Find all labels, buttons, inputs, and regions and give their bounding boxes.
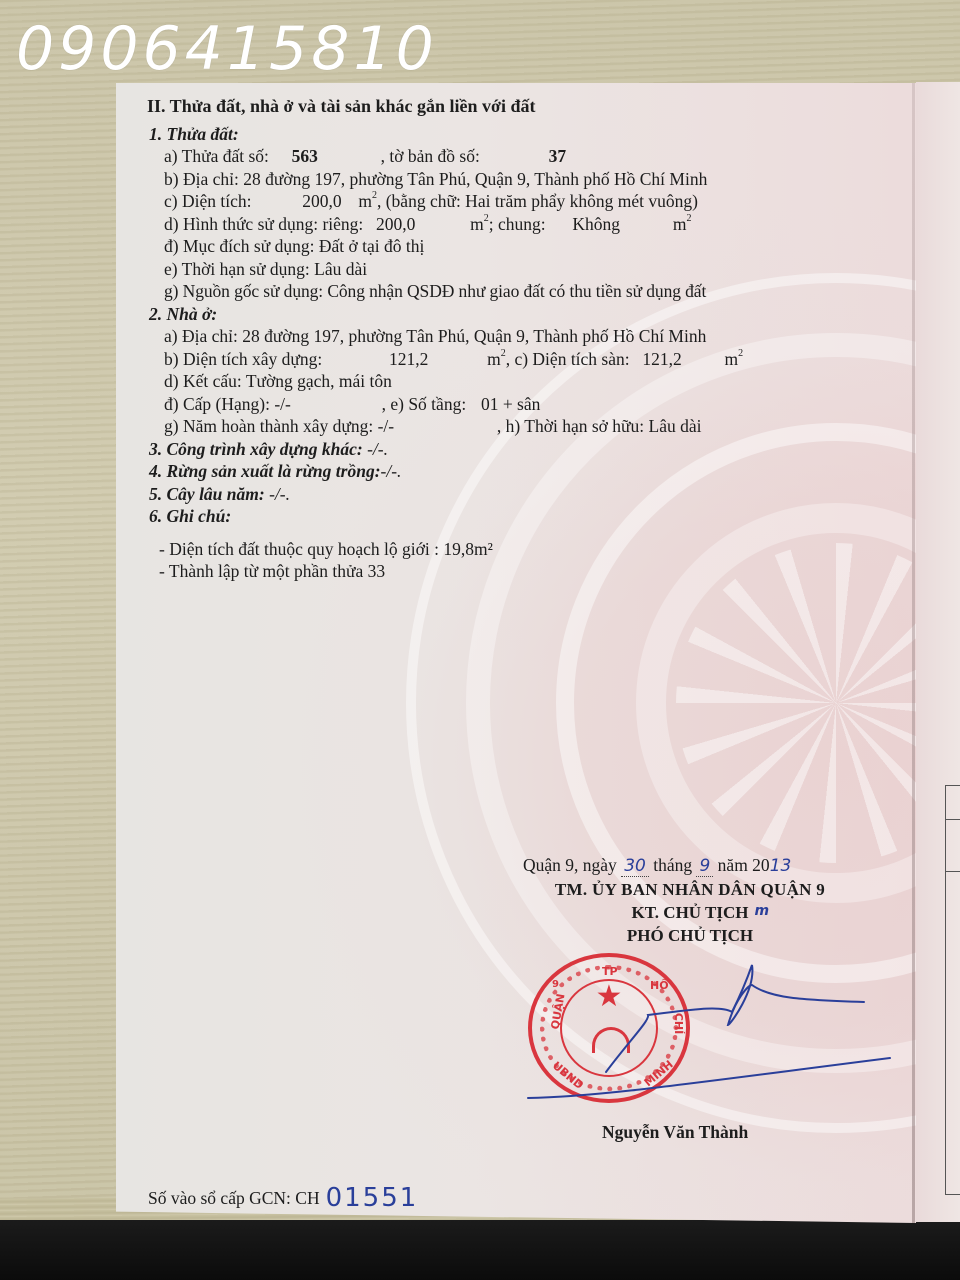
page-fold (912, 83, 915, 1223)
drum-star-pattern (676, 543, 916, 863)
house-heading: 2. Nhà ở: (147, 303, 787, 326)
house-address: 28 đường 197, phường Tân Phú, Quận 9, Th… (242, 326, 706, 346)
purpose-row: đ) Mục đích sử dụng: Đất ở tại đô thị (147, 235, 787, 258)
official-red-seal: ★ TP HỒ QUẬN CHÍ UBND MINH 9 (528, 953, 690, 1103)
completion-label: g) Năm hoàn thành xây dựng: (164, 416, 373, 436)
land-area-value: 200,0 (302, 191, 341, 211)
other-works-row: 3. Công trình xây dựng khác: -/-. (147, 438, 787, 461)
floor-area-label: , c) Diện tích sàn: (506, 349, 630, 369)
unit-m: m (487, 349, 501, 369)
term-row: e) Thời hạn sử dụng: Lâu dài (147, 258, 787, 281)
notes-heading: 6. Ghi chú: (147, 505, 787, 528)
handwritten-initial: m (754, 903, 769, 919)
sign-role: PHÓ CHỦ TỊCH (520, 926, 860, 946)
sign-day: 30 (621, 856, 649, 877)
usage-private-value: 200,0 (376, 214, 415, 234)
right-page-table-border (945, 785, 960, 1195)
other-works-label: 3. Công trình xây dựng khác: (149, 439, 363, 459)
sign-for-chair: KT. CHỦ TỊCHm (520, 903, 860, 923)
usage-shared-label: ; chung: (489, 214, 546, 234)
sign-organization: TM. ỦY BAN NHÂN DÂN QUẬN 9 (520, 880, 860, 900)
parcel-number: 563 (292, 146, 318, 166)
land-area-unit: m (358, 191, 372, 211)
registry-label: Số vào sổ cấp GCN: CH (148, 1188, 320, 1208)
house-address-row: a) Địa chỉ: 28 đường 197, phường Tân Phú… (147, 325, 787, 348)
build-area-label: b) Diện tích xây dựng: (164, 349, 322, 369)
structure-value: Tường gạch, mái tôn (246, 371, 392, 391)
unit-m: m (470, 214, 484, 234)
note-item: - Thành lập từ một phần thửa 33 (159, 560, 787, 582)
signature-block: Quận 9, ngày 30 tháng 9 năm 2013 TM. ỦY … (520, 855, 860, 946)
usage-form-label: d) Hình thức sử dụng: riêng: (164, 214, 363, 234)
usage-shared-value: Không (572, 214, 620, 234)
forest-value: -/-. (381, 461, 402, 481)
unit-m: m (673, 214, 687, 234)
purpose-value: Đất ở tại đô thị (319, 236, 425, 256)
ownership-term-value: Lâu dài (649, 416, 702, 436)
structure-row: d) Kết cấu: Tường gạch, mái tôn (147, 370, 787, 393)
certificate-content: II. Thửa đất, nhà ở và tài sản khác gắn … (147, 95, 787, 582)
land-address: 28 đường 197, phường Tân Phú, Quận 9, Th… (243, 169, 707, 189)
sign-date: Quận 9, ngày 30 tháng 9 năm 2013 (520, 855, 860, 876)
origin-row: g) Nguồn gốc sử dụng: Công nhận QSDĐ như… (147, 280, 787, 303)
seal-text: HỒ (650, 979, 669, 992)
signer-name: Nguyễn Văn Thành (602, 1122, 748, 1143)
land-address-label: b) Địa chỉ: (164, 169, 239, 189)
map-sheet-number: 37 (549, 146, 567, 166)
term-value: Lâu dài (314, 259, 367, 279)
usage-form-row: d) Hình thức sử dụng: riêng: 200,0 m2; c… (147, 213, 787, 236)
squared-mark: 2 (738, 348, 743, 359)
sign-year-suffix: 13 (770, 856, 792, 876)
dark-background (0, 1220, 960, 1280)
grade-value: -/- (274, 394, 291, 414)
map-sheet-label: , tờ bản đồ số: (381, 146, 480, 166)
year-label: năm 20 (718, 855, 770, 875)
sign-place: Quận 9, ngày (523, 855, 617, 875)
build-area-value: 121,2 (389, 349, 428, 369)
land-area-label: c) Diện tích: (164, 191, 251, 211)
seal-text: CHÍ (672, 1013, 685, 1034)
floor-area-value: 121,2 (642, 349, 681, 369)
registry-handwritten-number: 01551 (326, 1183, 419, 1213)
completion-value: -/- (378, 416, 395, 436)
origin-label: g) Nguồn gốc sử dụng: (164, 281, 323, 301)
house-area-row: b) Diện tích xây dựng: 121,2 m2, c) Diện… (147, 348, 787, 371)
note-item: - Diện tích đất thuộc quy hoạch lộ giới … (159, 538, 787, 560)
grade-floors-row: đ) Cấp (Hạng): -/- , e) Số tầng: 01 + sâ… (147, 393, 787, 416)
ownership-term-label: , h) Thời hạn sở hữu: (497, 416, 644, 436)
month-label: tháng (653, 855, 692, 875)
grade-label: đ) Cấp (Hạng): (164, 394, 270, 414)
term-label: e) Thời hạn sử dụng: (164, 259, 310, 279)
land-area-row: c) Diện tích: 200,0 m2, (bằng chữ: Hai t… (147, 190, 787, 213)
forest-label: 4. Rừng sản xuất là rừng trồng: (149, 461, 381, 481)
registry-number: Số vào sổ cấp GCN: CH01551 (148, 1183, 418, 1213)
completion-row: g) Năm hoàn thành xây dựng: -/- , h) Thờ… (147, 415, 787, 438)
purpose-label: đ) Mục đích sử dụng: (164, 236, 314, 256)
perennial-row: 5. Cây lâu năm: -/-. (147, 483, 787, 506)
parcel-row: a) Thửa đất số: 563 , tờ bản đồ số: 37 (147, 145, 787, 168)
squared-mark: 2 (686, 213, 691, 224)
floors-label: , e) Số tầng: (382, 394, 467, 414)
perennial-label: 5. Cây lâu năm: (149, 484, 265, 504)
unit-m: m (725, 349, 739, 369)
house-address-label: a) Địa chỉ: (164, 326, 238, 346)
land-address-row: b) Địa chỉ: 28 đường 197, phường Tân Phú… (147, 168, 787, 191)
structure-label: d) Kết cấu: (164, 371, 242, 391)
floors-value: 01 + sân (481, 394, 540, 414)
sign-month: 9 (696, 856, 713, 877)
phone-number-watermark: 0906415810 (16, 14, 438, 84)
origin-value: Công nhận QSDĐ như giao đất có thu tiền … (327, 281, 706, 301)
for-chair-label: KT. CHỦ TỊCH (632, 903, 749, 922)
land-area-words: , (bằng chữ: Hai trăm phẩy không mét vuô… (377, 191, 698, 211)
notes-list: - Diện tích đất thuộc quy hoạch lộ giới … (147, 538, 787, 582)
seal-text: TP (602, 965, 618, 978)
perennial-value: -/-. (269, 484, 290, 504)
section-title: II. Thửa đất, nhà ở và tài sản khác gắn … (147, 95, 787, 118)
parcel-label: a) Thửa đất số: (164, 146, 269, 166)
forest-row: 4. Rừng sản xuất là rừng trồng:-/-. (147, 460, 787, 483)
seal-text: 9 (552, 979, 559, 990)
other-works-value: -/-. (367, 439, 388, 459)
land-heading: 1. Thửa đất: (147, 123, 787, 146)
